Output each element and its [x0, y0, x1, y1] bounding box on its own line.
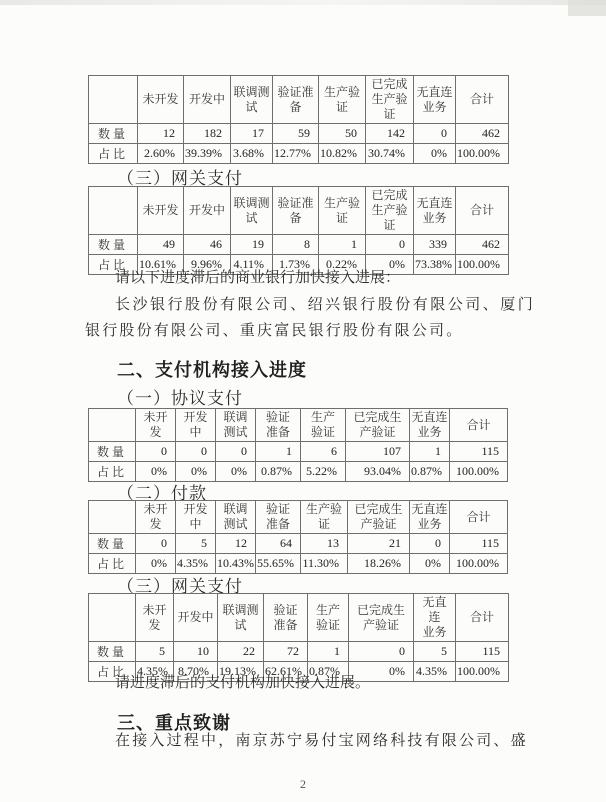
table-cell: 17: [231, 124, 273, 144]
column-header: 未开 发: [136, 501, 176, 534]
quantity-row: 数量 0 5 12 64 13 21 0 115: [89, 534, 508, 554]
table-cell: 0: [349, 642, 414, 662]
column-header: 合计: [456, 594, 509, 642]
pi-agreement-table: 未开 发 开发 中 联调 测试 验证 准备 生产 验证 已完成生 产验证 无直连…: [88, 408, 508, 482]
row-label: 占比: [89, 144, 138, 164]
table-header-row: 未开发 开发中 联调测 试 验证准 备 生产验 证 已完成 生产验 证 无直连 …: [89, 187, 509, 235]
column-header: 生产 验证: [308, 594, 349, 642]
table-cell: 8: [273, 235, 319, 255]
ratio-row: 占比 0% 4.35% 10.43% 55.65% 11.30% 18.26% …: [89, 554, 508, 574]
table-cell: 18.26%: [348, 554, 410, 574]
ratio-row: 占比 2.60% 39.39% 3.68% 12.77% 10.82% 30.7…: [89, 144, 509, 164]
column-header: 开发中: [184, 76, 231, 124]
column-header: 未开 发: [136, 594, 174, 642]
table-cell: 46: [184, 235, 231, 255]
table-cell: 2.60%: [138, 144, 184, 164]
column-header: 无直连 业务: [410, 501, 450, 534]
row-label: 数量: [89, 642, 136, 662]
scan-artifact-top-edge: [0, 0, 606, 5]
column-header: 开发中: [184, 187, 231, 235]
table-cell: 0.87%: [256, 462, 301, 482]
table-cell: 59: [273, 124, 319, 144]
column-header: 合计: [456, 76, 509, 124]
table-cell: 5.22%: [301, 462, 346, 482]
table-cell: 0: [136, 534, 176, 554]
column-header: 联调测 试: [231, 76, 273, 124]
corner-cell: [89, 76, 138, 124]
column-header: 联调 测试: [216, 409, 256, 442]
table-cell: 21: [348, 534, 410, 554]
table-cell: 115: [450, 442, 508, 462]
table-cell: 0%: [136, 554, 176, 574]
table-cell: 182: [184, 124, 231, 144]
row-label: 占比: [89, 554, 136, 574]
table-header-row: 未开 发 开发 中 联调 测试 验证 准备 生产 验证 已完成生 产验证 无直连…: [89, 409, 508, 442]
row-label: 数量: [89, 442, 136, 462]
column-header: 开发中: [174, 594, 218, 642]
scan-artifact-corner: [568, 0, 606, 16]
table-cell: 72: [264, 642, 308, 662]
table-cell: 115: [450, 534, 508, 554]
table-cell: 0: [216, 442, 256, 462]
heading-agreement: （一）协议支付: [117, 384, 243, 409]
table-header-row: 未开 发 开发中 联调测 试 验证 准备 生产 验证 已完成生 产验证 无直 连…: [89, 594, 509, 642]
column-header: 未开发: [138, 76, 184, 124]
column-header: 未开发: [138, 187, 184, 235]
table-cell: 13: [301, 534, 348, 554]
pi-gateway-table: 未开 发 开发中 联调测 试 验证 准备 生产 验证 已完成生 产验证 无直 连…: [88, 593, 509, 682]
table-cell: 0%: [414, 144, 456, 164]
table-cell: 462: [456, 235, 509, 255]
table-header-row: 未开发 开发中 联调测 试 验证准 备 生产验 证 已完成 生产验 证 无直连 …: [89, 76, 509, 124]
table-cell: 1: [308, 642, 349, 662]
table-cell: 0: [136, 442, 176, 462]
table-cell: 462: [456, 124, 509, 144]
quantity-row: 数量 5 10 22 72 1 0 5 115: [89, 642, 509, 662]
table-cell: 100.00%: [450, 462, 508, 482]
table-cell: 5: [136, 642, 174, 662]
heading-section-2: 二、支付机构接入进度: [117, 356, 307, 382]
column-header: 已完成生 产验证: [349, 594, 414, 642]
table-cell: 5: [176, 534, 216, 554]
table-cell: 1: [256, 442, 301, 462]
corner-cell: [89, 594, 136, 642]
para-pi-urge: 请进度滞后的支付机构加快接入进展。: [85, 670, 525, 696]
para-bank-urge: 请以下进度滞后的商业银行加快接入进展：: [85, 265, 525, 291]
corner-cell: [89, 409, 136, 442]
table-cell: 49: [138, 235, 184, 255]
table-cell: 1: [410, 442, 450, 462]
table-cell: 142: [366, 124, 414, 144]
table-cell: 19: [231, 235, 273, 255]
column-header: 验证准 备: [273, 76, 319, 124]
corner-cell: [89, 187, 138, 235]
corner-cell: [89, 501, 136, 534]
table-cell: 0.87%: [410, 462, 450, 482]
table-cell: 30.74%: [366, 144, 414, 164]
column-header: 已完成生 产验证: [346, 409, 410, 442]
column-header: 开发 中: [176, 501, 216, 534]
column-header: 无直 连 业务: [414, 594, 456, 642]
column-header: 联调测 试: [218, 594, 264, 642]
table-cell: 39.39%: [184, 144, 231, 164]
page-number: 2: [0, 777, 606, 792]
table-cell: 100.00%: [456, 144, 509, 164]
table-cell: 0%: [410, 554, 450, 574]
table-cell: 10.43%: [216, 554, 256, 574]
column-header: 生产验 证: [301, 501, 348, 534]
column-header: 合计: [450, 409, 508, 442]
pi-payout-table: 未开 发 开发 中 联调 测试 验证 准备 生产验 证 已完成生 产验证 无直连…: [88, 500, 508, 574]
table-cell: 10: [174, 642, 218, 662]
table-cell: 12: [216, 534, 256, 554]
column-header: 验证 准备: [256, 501, 301, 534]
quantity-row: 数量 49 46 19 8 1 0 339 462: [89, 235, 509, 255]
column-header: 已完成 生产验 证: [366, 187, 414, 235]
column-header: 已完成生 产验证: [348, 501, 410, 534]
table-cell: 6: [301, 442, 346, 462]
column-header: 合计: [450, 501, 508, 534]
para-bank-list: 长沙银行股份有限公司、绍兴银行股份有限公司、厦门银行股份有限公司、重庆富民银行股…: [85, 292, 535, 344]
table-cell: 11.30%: [301, 554, 348, 574]
table-cell: 0: [176, 442, 216, 462]
column-header: 生产验 证: [319, 187, 366, 235]
document-page: 未开发 开发中 联调测 试 验证准 备 生产验 证 已完成 生产验 证 无直连 …: [0, 0, 606, 802]
quantity-row: 数量 0 0 0 1 6 107 1 115: [89, 442, 508, 462]
table-cell: 0%: [216, 462, 256, 482]
column-header: 验证 准备: [256, 409, 301, 442]
table-cell: 0: [410, 534, 450, 554]
row-label: 数量: [89, 534, 136, 554]
column-header: 无直连 业务: [414, 187, 456, 235]
table-cell: 0: [366, 235, 414, 255]
table-cell: 4.35%: [176, 554, 216, 574]
bank-progress-table: 未开发 开发中 联调测 试 验证准 备 生产验 证 已完成 生产验 证 无直连 …: [88, 75, 509, 164]
column-header: 无直连 业务: [414, 76, 456, 124]
column-header: 已完成 生产验 证: [366, 76, 414, 124]
table-cell: 5: [414, 642, 456, 662]
para-thanks-intro: 在接入过程中，南京苏宁易付宝网络科技有限公司、盛: [85, 728, 535, 754]
table-cell: 0: [414, 124, 456, 144]
table-cell: 10.82%: [319, 144, 366, 164]
table-cell: 93.04%: [346, 462, 410, 482]
table-cell: 3.68%: [231, 144, 273, 164]
table-cell: 12: [138, 124, 184, 144]
table-cell: 55.65%: [256, 554, 301, 574]
table-cell: 50: [319, 124, 366, 144]
bank-gateway-table: 未开发 开发中 联调测 试 验证准 备 生产验 证 已完成 生产验 证 无直连 …: [88, 186, 509, 275]
column-header: 验证准 备: [273, 187, 319, 235]
table-cell: 1: [319, 235, 366, 255]
table-cell: 115: [456, 642, 509, 662]
column-header: 联调测 试: [231, 187, 273, 235]
column-header: 生产 验证: [301, 409, 346, 442]
quantity-row: 数量 12 182 17 59 50 142 0 462: [89, 124, 509, 144]
table-cell: 12.77%: [273, 144, 319, 164]
column-header: 合计: [456, 187, 509, 235]
column-header: 未开 发: [136, 409, 176, 442]
table-cell: 107: [346, 442, 410, 462]
table-cell: 100.00%: [450, 554, 508, 574]
column-header: 生产验 证: [319, 76, 366, 124]
table-cell: 64: [256, 534, 301, 554]
row-label: 数量: [89, 124, 138, 144]
column-header: 联调 测试: [216, 501, 256, 534]
column-header: 开发 中: [176, 409, 216, 442]
table-header-row: 未开 发 开发 中 联调 测试 验证 准备 生产验 证 已完成生 产验证 无直连…: [89, 501, 508, 534]
column-header: 验证 准备: [264, 594, 308, 642]
row-label: 数量: [89, 235, 138, 255]
column-header: 无直连 业务: [410, 409, 450, 442]
table-cell: 339: [414, 235, 456, 255]
table-cell: 22: [218, 642, 264, 662]
